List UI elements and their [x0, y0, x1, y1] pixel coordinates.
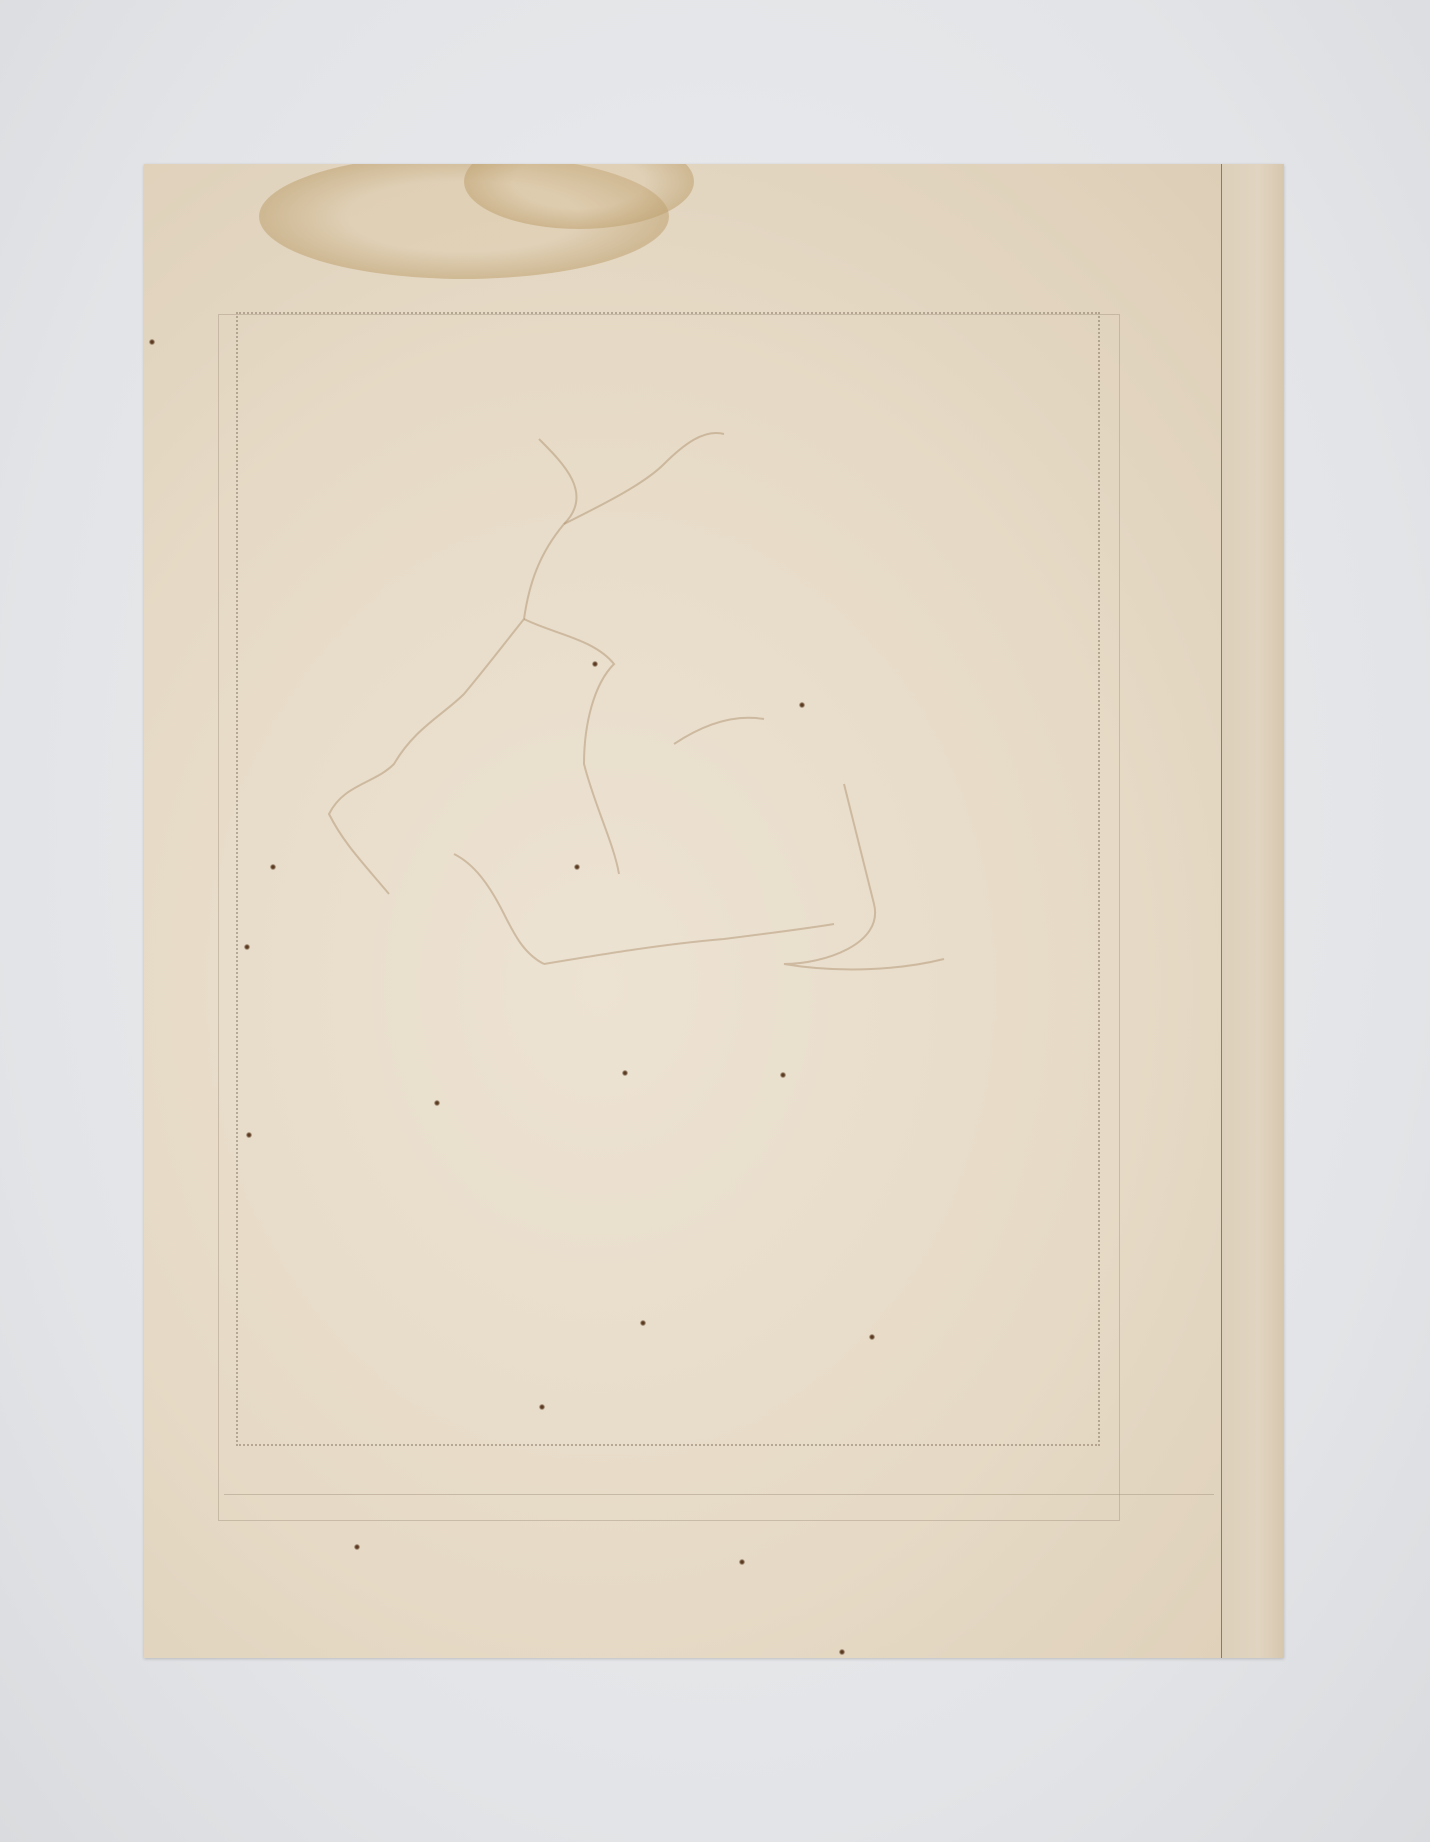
foxing-spot — [149, 339, 155, 345]
foxing-spot — [869, 1334, 875, 1340]
foxing-spot — [574, 864, 580, 870]
foxing-spot — [739, 1559, 745, 1565]
foxing-spot — [354, 1544, 360, 1550]
foxing-spot — [640, 1320, 646, 1326]
paper-sheet — [144, 164, 1284, 1658]
foxing-spot — [799, 702, 805, 708]
foxing-spot — [246, 1132, 252, 1138]
foxing-spot — [539, 1404, 545, 1410]
foxing-spot — [270, 864, 276, 870]
map-outline-show-through — [144, 164, 1284, 1658]
foxing-spot — [434, 1100, 440, 1106]
foxing-spot — [592, 661, 598, 667]
foxing-spot — [839, 1649, 845, 1655]
foxing-spot — [622, 1070, 628, 1076]
foxing-spot — [244, 944, 250, 950]
fold-line — [1221, 164, 1284, 1658]
foxing-spot — [780, 1072, 786, 1078]
